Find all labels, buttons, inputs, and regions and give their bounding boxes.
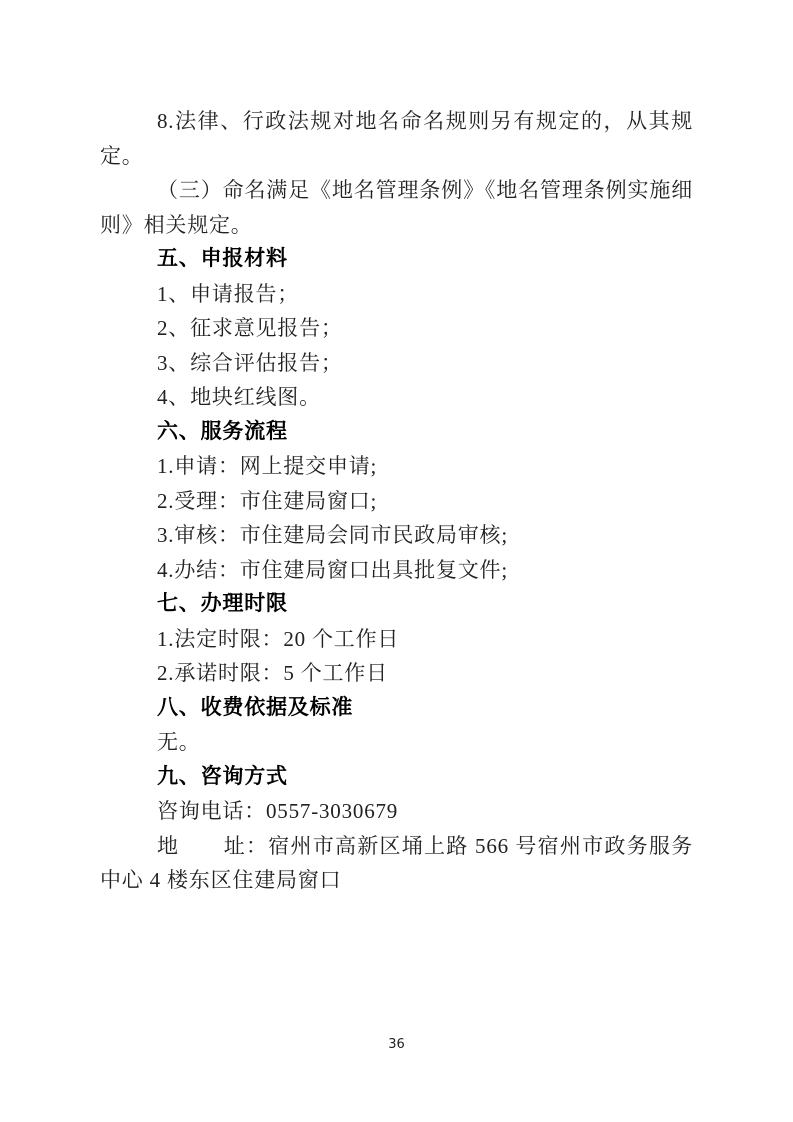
page-number: 36 bbox=[0, 1036, 793, 1054]
paragraph-consultation-phone: 咨询电话：0557-3030679 bbox=[100, 794, 693, 829]
list-item-step-review: 3.审核：市住建局会同市民政局审核; bbox=[100, 518, 693, 553]
paragraph-naming-rule-8: 8.法律、行政法规对地名命名规则另有规定的，从其规定。 bbox=[100, 104, 693, 173]
paragraph-consultation-address: 地 址：宿州市高新区埇上路 566 号宿州市政务服务中心 4 楼东区住建局窗口 bbox=[100, 829, 693, 898]
heading-section-8-fee-basis-standard: 八、收费依据及标准 bbox=[100, 691, 693, 726]
list-item-step-accept: 2.受理：市住建局窗口; bbox=[100, 484, 693, 519]
paragraph-naming-condition-3: （三）命名满足《地名管理条例》《地名管理条例实施细则》相关规定。 bbox=[100, 173, 693, 242]
list-item-comprehensive-evaluation-report: 3、综合评估报告； bbox=[100, 346, 693, 381]
heading-section-6-service-process: 六、服务流程 bbox=[100, 415, 693, 450]
list-item-step-complete: 4.办结：市住建局窗口出具批复文件; bbox=[100, 553, 693, 588]
list-item-statutory-time-limit: 1.法定时限：20 个工作日 bbox=[100, 622, 693, 657]
list-item-opinion-solicitation-report: 2、征求意见报告； bbox=[100, 311, 693, 346]
heading-section-5-application-materials: 五、申报材料 bbox=[100, 242, 693, 277]
heading-section-9-consultation-method: 九、咨询方式 bbox=[100, 760, 693, 795]
list-item-step-apply: 1.申请：网上提交申请; bbox=[100, 449, 693, 484]
list-item-application-report: 1、申请报告； bbox=[100, 277, 693, 312]
paragraph-fee-none: 无。 bbox=[100, 725, 693, 760]
list-item-red-line-map: 4、地块红线图。 bbox=[100, 380, 693, 415]
document-body: 8.法律、行政法规对地名命名规则另有规定的，从其规定。 （三）命名满足《地名管理… bbox=[0, 0, 793, 898]
heading-section-7-processing-time-limit: 七、办理时限 bbox=[100, 587, 693, 622]
list-item-promised-time-limit: 2.承诺时限：5 个工作日 bbox=[100, 656, 693, 691]
document-page: 8.法律、行政法规对地名命名规则另有规定的，从其规定。 （三）命名满足《地名管理… bbox=[0, 0, 793, 1122]
